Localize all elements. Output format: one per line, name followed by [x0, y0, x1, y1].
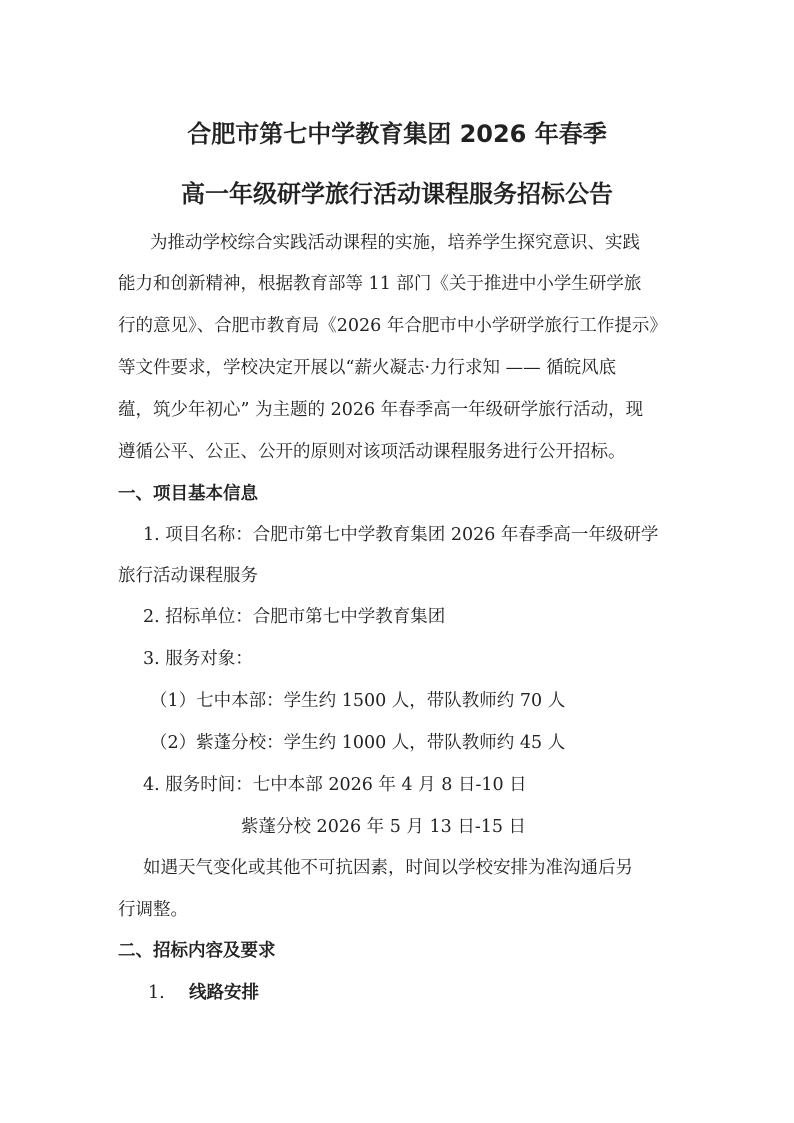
intro-paragraph-line: 蕴，筑少年初心” 为主题的 2026 年春季高一年级研学旅行活动，现	[118, 396, 643, 424]
schedule-note: 如遇天气变化或其他不可抗因素，时间以学校安排为准沟通后另	[143, 854, 633, 882]
item-service-time: 4. 服务时间：七中本部 2026 年 4 月 8 日-10 日	[143, 771, 527, 799]
item-project-name: 1. 项目名称：合肥市第七中学教育集团 2026 年春季高一年级研学	[143, 521, 658, 549]
document-page: 合肥市第七中学教育集团 2026 年春季 高一年级研学旅行活动课程服务招标公告 …	[0, 0, 794, 1123]
item-service-target: 3. 服务对象：	[143, 645, 253, 673]
intro-paragraph-line: 行的意见》、合肥市教育局《2026 年合肥市中小学研学旅行工作提示》	[118, 312, 667, 340]
item-project-name-cont: 旅行活动课程服务	[118, 562, 258, 590]
document-title-line-2: 高一年级研学旅行活动课程服务招标公告	[0, 174, 794, 209]
service-target-zipeng-campus: （2）紫蓬分校：学生约 1000 人，带队教师约 45 人	[150, 729, 565, 757]
section-1-heading: 一、项目基本信息	[118, 480, 258, 508]
service-target-main-campus: （1）七中本部：学生约 1500 人，带队教师约 70 人	[150, 687, 565, 715]
item-bidding-unit: 2. 招标单位：合肥市第七中学教育集团	[143, 603, 445, 631]
intro-paragraph-line: 能力和创新精神，根据教育部等 11 部门《关于推进中小学生研学旅	[118, 270, 641, 298]
intro-paragraph-line: 等文件要求，学校决定开展以“薪火凝志·力行求知 —— 循皖风底	[118, 354, 616, 382]
schedule-note-cont: 行调整。	[118, 896, 188, 924]
intro-paragraph-line: 为推动学校综合实践活动课程的实施，培养学生探究意识、实践	[150, 229, 640, 257]
section-2-heading: 二、招标内容及要求	[118, 937, 276, 965]
intro-paragraph-line: 遵循公平、公正、公开的原则对该项活动课程服务进行公开招标。	[118, 438, 626, 466]
subsection-route-arrangement: 线路安排	[189, 979, 259, 1007]
subsection-number: 1.	[148, 979, 165, 1007]
item-service-time-cont: 紫蓬分校 2026 年 5 月 13 日-15 日	[241, 813, 526, 841]
document-title-line-1: 合肥市第七中学教育集团 2026 年春季	[0, 114, 794, 149]
